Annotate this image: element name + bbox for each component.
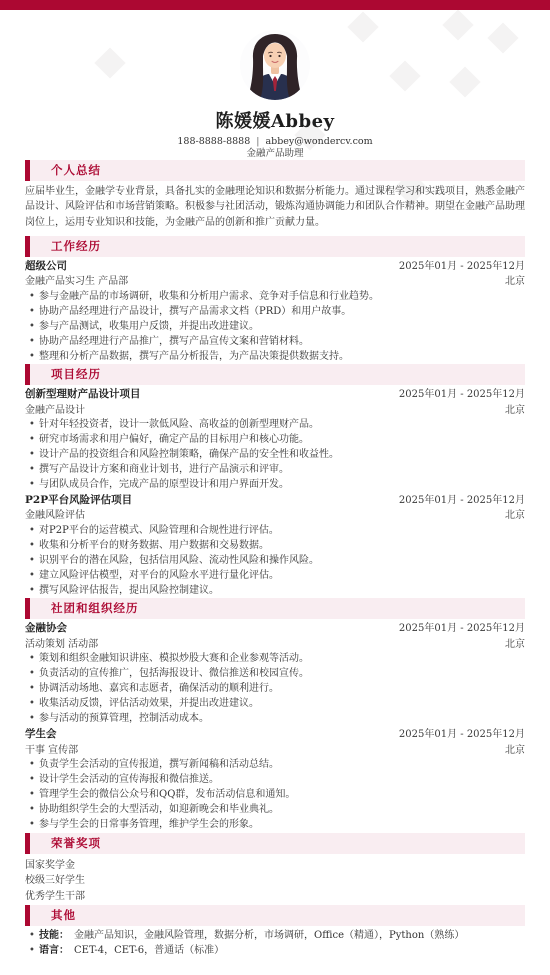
bullet-item: 协助产品经理进行产品推广，撰写产品宣传文案和营销材料。 — [25, 335, 525, 350]
entry-role: 干事 宣传部 — [25, 743, 78, 759]
entry-subheader-row: 金融风险评估北京 — [25, 508, 525, 524]
avatar — [240, 30, 310, 100]
section-other: 其他技能：金融产品知识，金融风险管理，数据分析，市场调研，Office（精通），… — [25, 905, 525, 959]
entry-name: 创新型理财产品设计项目 — [25, 387, 141, 403]
section-organizations: 社团和组织经历金融协会2025年01月 - 2025年12月活动策划 活动部北京… — [25, 598, 525, 832]
entry-name: 超级公司 — [25, 259, 67, 275]
section-title: 个人总结 — [51, 160, 101, 181]
experience-entry: 学生会2025年01月 - 2025年12月干事 宣传部北京负责学生会活动的宣传… — [25, 727, 525, 833]
portrait-photo — [240, 30, 310, 100]
email-address: abbey@wondercv.com — [265, 136, 372, 147]
section-body: 技能：金融产品知识，金融风险管理，数据分析，市场调研，Office（精通），Py… — [25, 929, 525, 959]
bullet-item: 建立风险评估模型，对平台的风险水平进行量化评估。 — [25, 569, 525, 584]
section-accent-bar — [25, 364, 30, 385]
bullet-item: 研究市场需求和用户偏好，确定产品的目标用户和核心功能。 — [25, 433, 525, 448]
section-list: 个人总结应届毕业生，金融学专业背景，具备扎实的金融理论知识和数据分析能力。通过课… — [0, 160, 550, 959]
section-header-band: 荣誉奖项 — [25, 833, 525, 854]
entry-subheader-row: 干事 宣传部北京 — [25, 743, 525, 759]
entry-role: 活动策划 活动部 — [25, 637, 98, 653]
section-project-experience: 项目经历创新型理财产品设计项目2025年01月 - 2025年12月金融产品设计… — [25, 364, 525, 598]
bullet-item: 协助组织学生会的大型活动，如迎新晚会和毕业典礼。 — [25, 803, 525, 818]
bullet-list: 策划和组织金融知识讲座、模拟炒股大赛和企业参观等活动。负责活动的宣传推广，包括海… — [25, 652, 525, 727]
section-header-band: 个人总结 — [25, 160, 525, 181]
entry-header-row: 金融协会2025年01月 - 2025年12月 — [25, 621, 525, 637]
section-body: 创新型理财产品设计项目2025年01月 - 2025年12月金融产品设计北京针对… — [25, 387, 525, 598]
bullet-item: 参与金融产品的市场调研，收集和分析用户需求、竞争对手信息和行业趋势。 — [25, 290, 525, 305]
entry-date: 2025年01月 - 2025年12月 — [399, 621, 525, 637]
labeled-bullet-list: 技能：金融产品知识，金融风险管理，数据分析，市场调研，Office（精通），Py… — [25, 929, 525, 959]
entry-role: 金融产品实习生 产品部 — [25, 274, 128, 290]
labeled-bullet-item: 语言：CET-4，CET-6，普通话（标准） — [25, 944, 525, 959]
entry-name: P2P平台风险评估项目 — [25, 493, 132, 509]
section-work-experience: 工作经历超级公司2025年01月 - 2025年12月金融产品实习生 产品部北京… — [25, 236, 525, 365]
candidate-name: 陈媛媛Abbey — [0, 110, 550, 134]
honor-item: 优秀学生干部 — [25, 889, 525, 905]
bullet-item: 负责活动的宣传推广，包括海报设计、微信推送和校园宣传。 — [25, 667, 525, 682]
section-accent-bar — [25, 236, 30, 257]
section-title: 荣誉奖项 — [51, 833, 101, 854]
entry-name: 学生会 — [25, 727, 57, 743]
bullet-list: 参与金融产品的市场调研，收集和分析用户需求、竞争对手信息和行业趋势。协助产品经理… — [25, 290, 525, 365]
bullet-item: 设计产品的投资组合和风险控制策略，确保产品的安全性和收益性。 — [25, 448, 525, 463]
contact-line: 188-8888-8888|abbey@wondercv.com — [0, 135, 550, 148]
experience-entry: 金融协会2025年01月 - 2025年12月活动策划 活动部北京策划和组织金融… — [25, 621, 525, 727]
entry-location: 北京 — [505, 508, 525, 524]
bullet-label: 技能： — [39, 930, 69, 941]
section-title: 项目经历 — [51, 364, 101, 385]
resume-header: 陈媛媛Abbey 188-8888-8888|abbey@wondercv.co… — [0, 30, 550, 160]
entry-role: 金融风险评估 — [25, 508, 85, 524]
entry-subheader-row: 活动策划 活动部北京 — [25, 637, 525, 653]
honor-item: 校级三好学生 — [25, 873, 525, 889]
entry-location: 北京 — [505, 274, 525, 290]
entry-header-row: P2P平台风险评估项目2025年01月 - 2025年12月 — [25, 493, 525, 509]
contact-separator: | — [256, 136, 259, 147]
entry-name: 金融协会 — [25, 621, 67, 637]
phone-number: 188-8888-8888 — [177, 136, 250, 147]
entry-subheader-row: 金融产品实习生 产品部北京 — [25, 274, 525, 290]
entry-role: 金融产品设计 — [25, 403, 85, 419]
experience-entry: 创新型理财产品设计项目2025年01月 - 2025年12月金融产品设计北京针对… — [25, 387, 525, 493]
entry-date: 2025年01月 - 2025年12月 — [399, 727, 525, 743]
bullet-list: 针对年轻投资者，设计一款低风险、高收益的创新型理财产品。研究市场需求和用户偏好，… — [25, 418, 525, 493]
top-accent-bar — [0, 0, 550, 10]
labeled-bullet-item: 技能：金融产品知识，金融风险管理，数据分析，市场调研，Office（精通），Py… — [25, 929, 525, 944]
entry-date: 2025年01月 - 2025年12月 — [399, 387, 525, 403]
section-body: 国家奖学金校级三好学生优秀学生干部 — [25, 858, 525, 905]
bullet-item: 协调活动场地、嘉宾和志愿者，确保活动的顺利进行。 — [25, 682, 525, 697]
section-header-band: 工作经历 — [25, 236, 525, 257]
bullet-item: 撰写风险评估报告，提出风险控制建议。 — [25, 584, 525, 599]
section-honors: 荣誉奖项国家奖学金校级三好学生优秀学生干部 — [25, 833, 525, 905]
experience-entry: P2P平台风险评估项目2025年01月 - 2025年12月金融风险评估北京对P… — [25, 493, 525, 599]
entry-date: 2025年01月 - 2025年12月 — [399, 493, 525, 509]
bullet-item: 整理和分析产品数据，撰写产品分析报告，为产品决策提供数据支持。 — [25, 350, 525, 365]
bullet-item: 策划和组织金融知识讲座、模拟炒股大赛和企业参观等活动。 — [25, 652, 525, 667]
bullet-item: 撰写产品设计方案和商业计划书，进行产品演示和评审。 — [25, 463, 525, 478]
section-header-band: 项目经历 — [25, 364, 525, 385]
bullet-item: 收集活动反馈，评估活动效果，并提出改进建议。 — [25, 697, 525, 712]
job-title: 金融产品助理 — [0, 148, 550, 160]
entry-location: 北京 — [505, 637, 525, 653]
section-title: 其他 — [51, 905, 76, 926]
section-personal-summary: 个人总结应届毕业生，金融学专业背景，具备扎实的金融理论知识和数据分析能力。通过课… — [25, 160, 525, 230]
section-header-band: 其他 — [25, 905, 525, 926]
entry-header-row: 学生会2025年01月 - 2025年12月 — [25, 727, 525, 743]
entry-header-row: 创新型理财产品设计项目2025年01月 - 2025年12月 — [25, 387, 525, 403]
bullet-item: 收集和分析平台的财务数据、用户数据和交易数据。 — [25, 539, 525, 554]
bullet-list: 对P2P平台的运营模式、风险管理和合规性进行评估。收集和分析平台的财务数据、用户… — [25, 524, 525, 599]
entry-subheader-row: 金融产品设计北京 — [25, 403, 525, 419]
bullet-item: 管理学生会的微信公众号和QQ群，发布活动信息和通知。 — [25, 788, 525, 803]
bullet-item: 协助产品经理进行产品设计，撰写产品需求文档（PRD）和用户故事。 — [25, 305, 525, 320]
experience-entry: 超级公司2025年01月 - 2025年12月金融产品实习生 产品部北京参与金融… — [25, 259, 525, 365]
section-accent-bar — [25, 160, 30, 181]
bullet-list: 负责学生会活动的宣传报道，撰写新闻稿和活动总结。设计学生会活动的宣传海报和微信推… — [25, 758, 525, 833]
section-accent-bar — [25, 833, 30, 854]
entry-date: 2025年01月 - 2025年12月 — [399, 259, 525, 275]
bullet-item: 设计学生会活动的宣传海报和微信推送。 — [25, 773, 525, 788]
section-body: 超级公司2025年01月 - 2025年12月金融产品实习生 产品部北京参与金融… — [25, 259, 525, 365]
bullet-text: CET-4，CET-6，普通话（标准） — [74, 945, 224, 956]
section-body: 应届毕业生，金融学专业背景，具备扎实的金融理论知识和数据分析能力。通过课程学习和… — [25, 184, 525, 230]
section-body: 金融协会2025年01月 - 2025年12月活动策划 活动部北京策划和组织金融… — [25, 621, 525, 832]
bullet-item: 参与产品测试，收集用户反馈，并提出改进建议。 — [25, 320, 525, 335]
bullet-item: 负责学生会活动的宣传报道，撰写新闻稿和活动总结。 — [25, 758, 525, 773]
bullet-item: 对P2P平台的运营模式、风险管理和合规性进行评估。 — [25, 524, 525, 539]
section-title: 工作经历 — [51, 236, 101, 257]
section-title: 社团和组织经历 — [51, 598, 139, 619]
section-header-band: 社团和组织经历 — [25, 598, 525, 619]
bullet-item: 针对年轻投资者，设计一款低风险、高收益的创新型理财产品。 — [25, 418, 525, 433]
section-accent-bar — [25, 598, 30, 619]
bullet-item: 参与活动的预算管理，控制活动成本。 — [25, 712, 525, 727]
summary-paragraph: 应届毕业生，金融学专业背景，具备扎实的金融理论知识和数据分析能力。通过课程学习和… — [25, 184, 525, 230]
bullet-label: 语言： — [39, 945, 69, 956]
bullet-item: 与团队成员合作，完成产品的原型设计和用户界面开发。 — [25, 478, 525, 493]
bullet-text: 金融产品知识，金融风险管理，数据分析，市场调研，Office（精通），Pytho… — [74, 930, 464, 941]
entry-header-row: 超级公司2025年01月 - 2025年12月 — [25, 259, 525, 275]
honor-item: 国家奖学金 — [25, 858, 525, 874]
bullet-item: 参与学生会的日常事务管理，维护学生会的形象。 — [25, 818, 525, 833]
entry-location: 北京 — [505, 403, 525, 419]
bullet-item: 识别平台的潜在风险，包括信用风险、流动性风险和操作风险。 — [25, 554, 525, 569]
section-accent-bar — [25, 905, 30, 926]
entry-location: 北京 — [505, 743, 525, 759]
